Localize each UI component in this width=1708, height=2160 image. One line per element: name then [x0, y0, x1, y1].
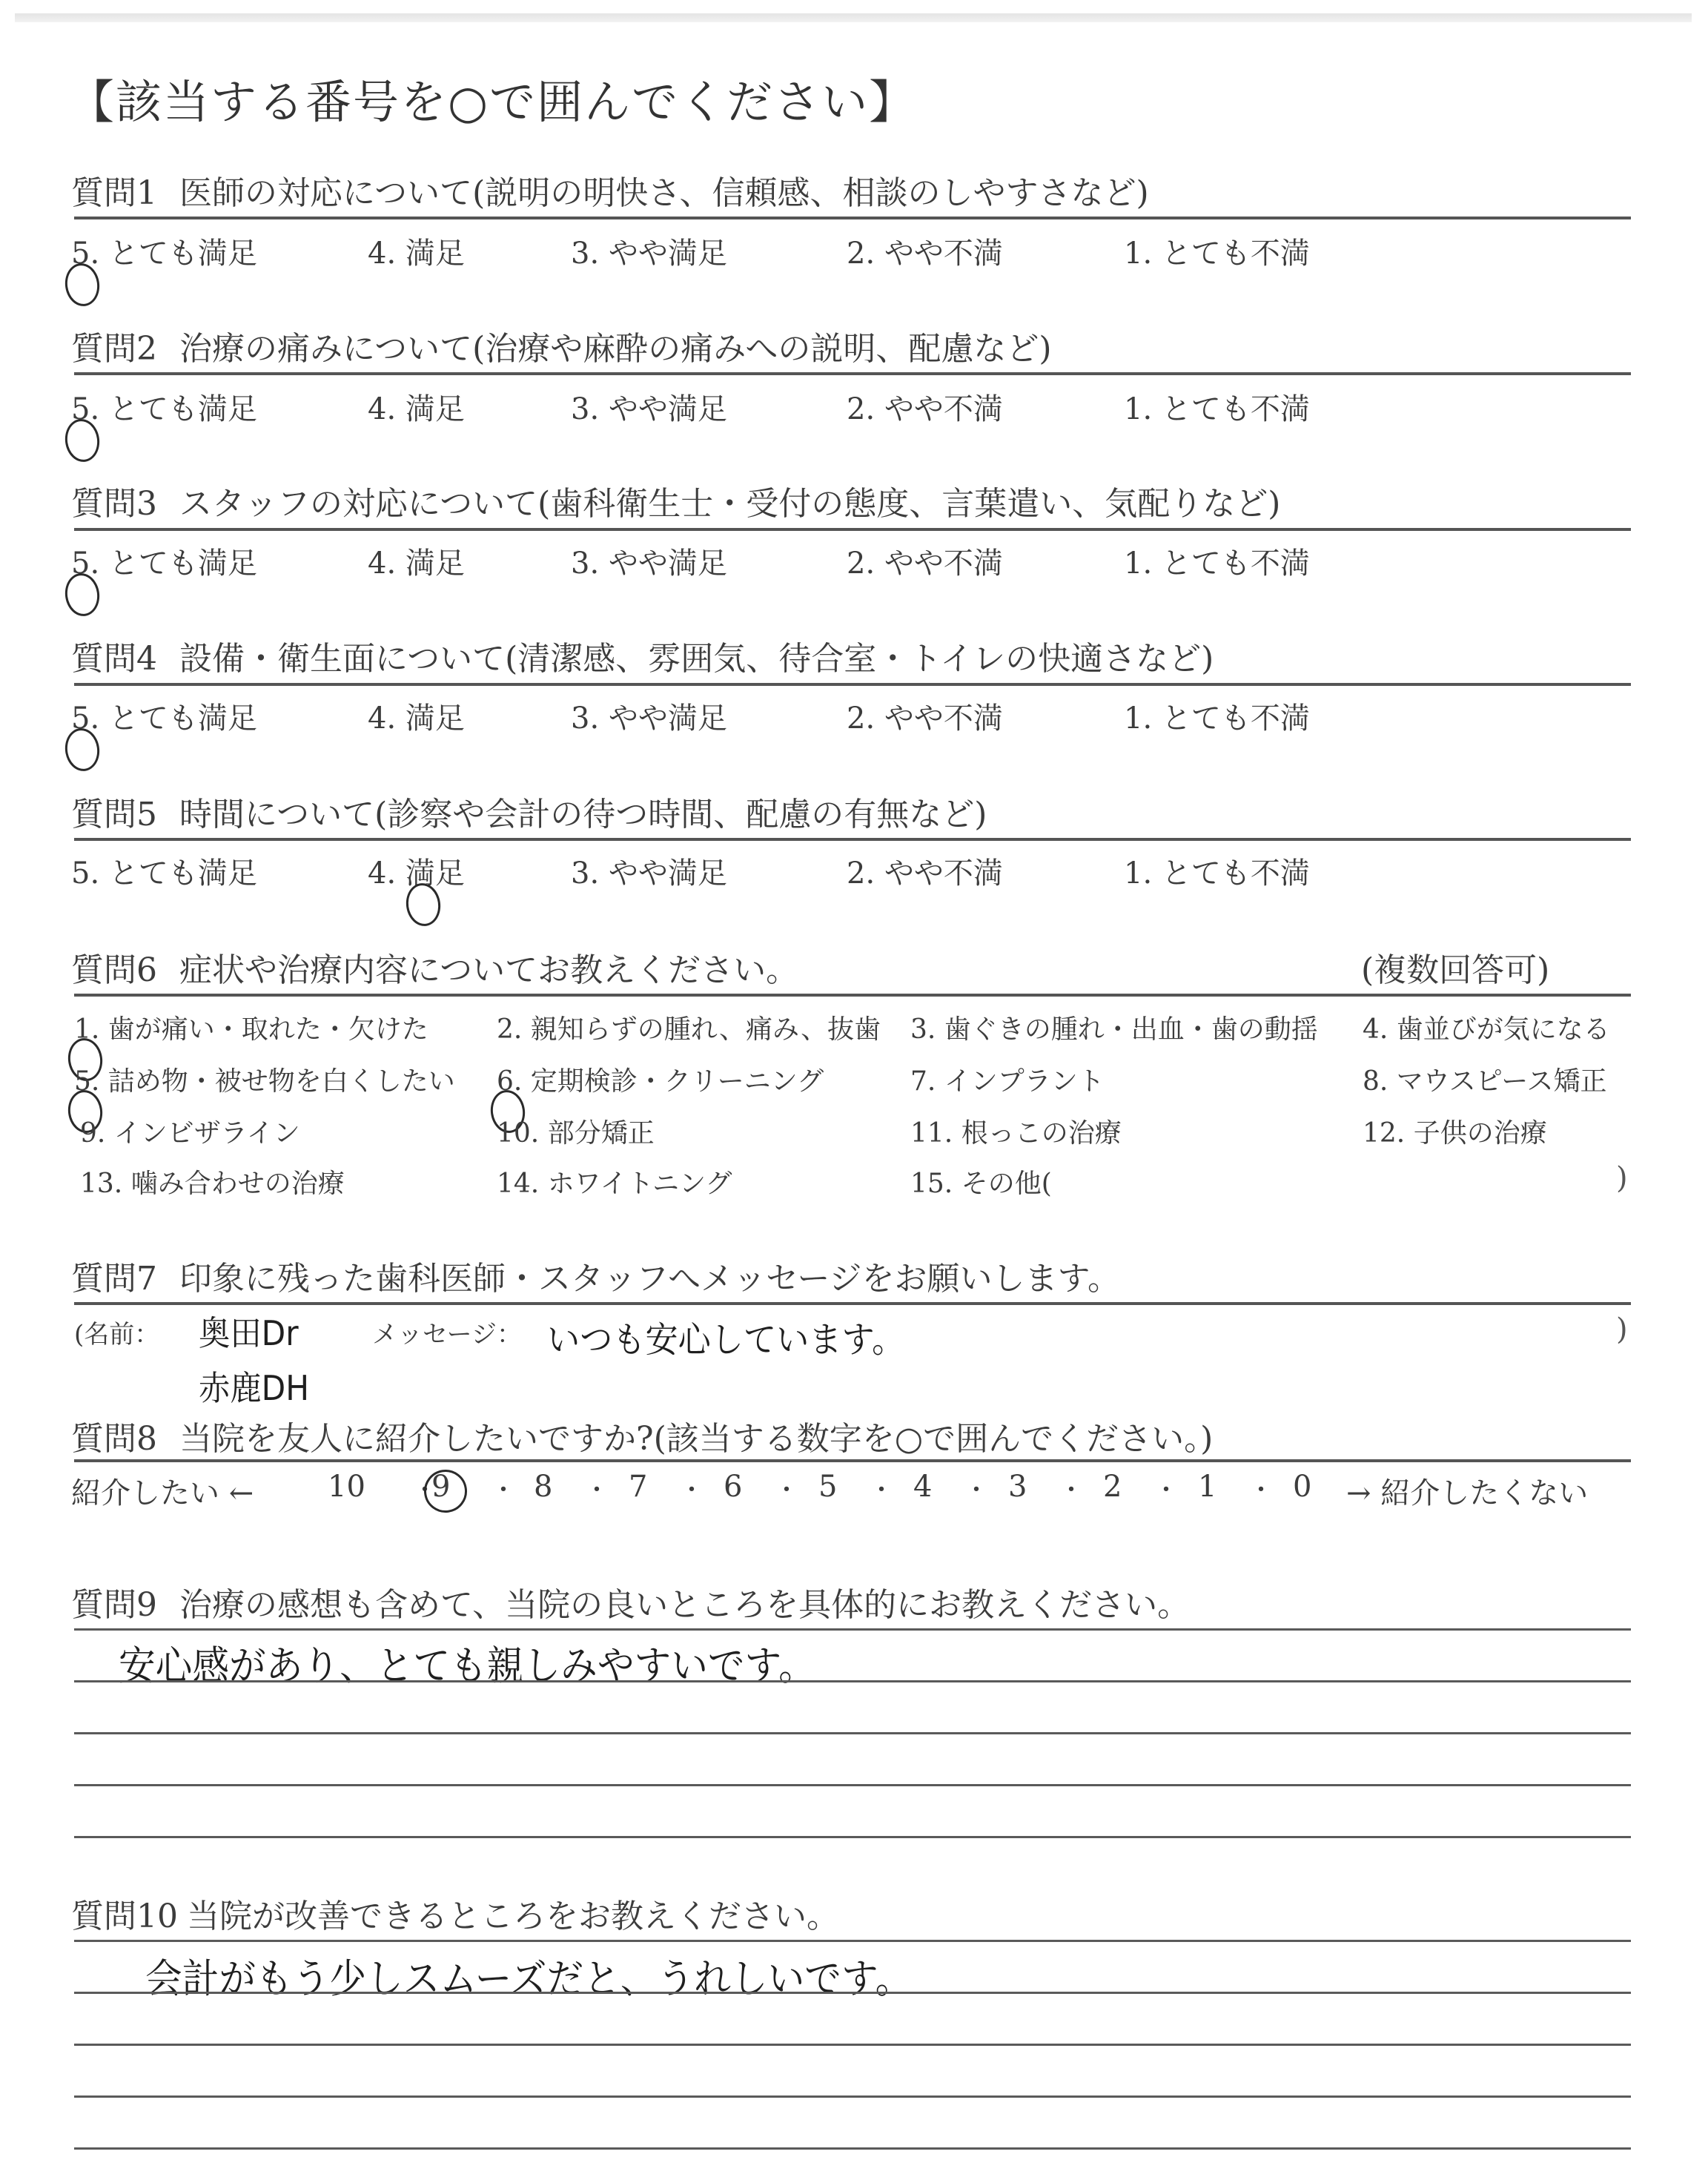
option-1-very-dissatisfied[interactable]: 1. とても不満 [1124, 230, 1310, 272]
improvement-answer[interactable]: 会計がもう少しスムーズだと、うれしいです。 [145, 1947, 912, 2004]
option-3-somewhat-satisfied[interactable]: 3. やや満足 [571, 850, 727, 892]
message-close-paren: ) [1616, 1312, 1628, 1347]
treatment-option-12[interactable]: 12. 子供の治療 [1363, 1112, 1547, 1150]
question-text: 当院を友人に紹介したいですか?(該当する数字を○で囲んでください。) [179, 1420, 1213, 1458]
treatment-option-13[interactable]: 13. 噛み合わせの治療 [80, 1163, 345, 1200]
writing-line [74, 1732, 1631, 1734]
other-close-paren: ) [1616, 1161, 1628, 1195]
divider [74, 838, 1631, 841]
treatment-option-4[interactable]: 4. 歯並びが気になる [1363, 1008, 1610, 1046]
scale-value-5[interactable]: 5 [818, 1470, 837, 1504]
scale-value-7[interactable]: 7 [629, 1470, 647, 1504]
question-text: スタッフの対応について(歯科衛生士・受付の態度、言葉遣い、気配りなど) [179, 485, 1280, 523]
question-10-title: 質問10当院が改善できるところをお教えください。 [71, 1889, 839, 1937]
treatment-option-7[interactable]: 7. インプラント [910, 1060, 1105, 1098]
scale-separator: ・ [1059, 1470, 1084, 1506]
option-1-very-dissatisfied[interactable]: 1. とても不満 [1124, 850, 1310, 892]
treatment-option-1[interactable]: 1. 歯が痛い・取れた・欠けた [74, 1008, 428, 1046]
question-text: 症状や治療内容についてお教えください。 [179, 951, 798, 989]
question-text: 医師の対応について(説明の明快さ、信頼感、相談のしやすさなど) [179, 174, 1149, 212]
question-text: 治療の感想も含めて、当院の良いところを具体的にお教えください。 [179, 1586, 1190, 1624]
option-4-satisfied[interactable]: 4. 満足 [368, 386, 465, 428]
divider [74, 1302, 1631, 1305]
scale-left-label: 紹介したい ← [71, 1470, 254, 1512]
question-number: 質問8 [71, 1420, 157, 1458]
name-label: (名前： [74, 1314, 159, 1350]
option-2-somewhat-dissatisfied[interactable]: 2. やや不満 [847, 695, 1003, 737]
scale-separator: ・ [1153, 1470, 1179, 1506]
question-5-title: 質問5時間について(診察や会計の待つ時間、配慮の有無など) [71, 787, 987, 835]
scale-value-8[interactable]: 8 [534, 1470, 552, 1504]
question-number: 質問7 [71, 1260, 157, 1298]
question-3-title: 質問3スタッフの対応について(歯科衛生士・受付の態度、言葉遣い、気配りなど) [71, 477, 1280, 524]
option-5-very-satisfied[interactable]: 5. とても満足 [71, 850, 257, 892]
question-2-title: 質問2治療の痛みについて(治療や麻酔の痛みへの説明、配慮など) [71, 322, 1052, 369]
writing-line [74, 2044, 1631, 2046]
scale-separator: ・ [1248, 1470, 1274, 1506]
scale-separator: ・ [964, 1470, 989, 1506]
scale-separator: ・ [774, 1470, 799, 1506]
option-3-somewhat-satisfied[interactable]: 3. やや満足 [571, 386, 727, 428]
scale-separator: ・ [869, 1470, 894, 1506]
name-field-line1[interactable]: 奥田Dr [199, 1307, 299, 1355]
scale-value-0[interactable]: 0 [1293, 1470, 1311, 1504]
question-number: 質問3 [71, 485, 157, 523]
question-text: 治療の痛みについて(治療や麻酔の痛みへの説明、配慮など) [179, 330, 1052, 368]
treatment-option-14[interactable]: 14. ホワイトニング [497, 1163, 732, 1200]
question-number: 質問1 [71, 174, 157, 212]
question-text: 当院が改善できるところをお教えください。 [187, 1898, 839, 1935]
option-2-somewhat-dissatisfied[interactable]: 2. やや不満 [847, 540, 1003, 582]
option-5-very-satisfied[interactable]: 5. とても満足 [71, 540, 257, 582]
message-field[interactable]: いつも安心しています。 [547, 1311, 904, 1362]
writing-line [74, 2095, 1631, 2098]
option-4-satisfied[interactable]: 4. 満足 [368, 540, 465, 582]
writing-line [74, 1628, 1631, 1631]
scale-separator: ・ [584, 1470, 609, 1506]
question-7-title: 質問7印象に残った歯科医師・スタッフへメッセージをお願いします。 [71, 1252, 1120, 1299]
writing-line [74, 1680, 1631, 1682]
name-field-line2[interactable]: 赤鹿DH [199, 1361, 309, 1410]
treatment-option-2[interactable]: 2. 親知らずの腫れ、痛み、抜歯 [497, 1008, 881, 1046]
question-1-title: 質問1医師の対応について(説明の明快さ、信頼感、相談のしやすさなど) [71, 166, 1149, 214]
question-number: 質問6 [71, 951, 157, 989]
question-6-title: 質問6症状や治療内容についてお教えください。 [71, 943, 798, 991]
question-4-title: 質問4設備・衛生面について(清潔感、雰囲気、待合室・トイレの快適さなど) [71, 632, 1214, 679]
option-1-very-dissatisfied[interactable]: 1. とても不満 [1124, 386, 1310, 428]
divider [74, 994, 1631, 997]
divider [74, 372, 1631, 375]
question-9-title: 質問9治療の感想も含めて、当院の良いところを具体的にお教えください。 [71, 1578, 1190, 1625]
scale-value-1[interactable]: 1 [1198, 1470, 1217, 1504]
option-2-somewhat-dissatisfied[interactable]: 2. やや不満 [847, 386, 1003, 428]
message-label: メッセージ： [372, 1314, 522, 1350]
writing-line [74, 2147, 1631, 2150]
question-text: 設備・衛生面について(清潔感、雰囲気、待合室・トイレの快適さなど) [179, 640, 1214, 678]
option-4-satisfied[interactable]: 4. 満足 [368, 695, 465, 737]
question-text: 時間について(診察や会計の待つ時間、配慮の有無など) [179, 796, 987, 833]
treatment-option-10[interactable]: 10. 部分矯正 [497, 1112, 655, 1150]
option-2-somewhat-dissatisfied[interactable]: 2. やや不満 [847, 230, 1003, 272]
treatment-option-5[interactable]: 5. 詰め物・被せ物を白くしたい [74, 1060, 455, 1098]
treatment-option-9[interactable]: 9. インビザライン [80, 1112, 300, 1150]
divider [74, 528, 1631, 531]
scale-value-3[interactable]: 3 [1008, 1470, 1027, 1504]
treatment-option-6[interactable]: 6. 定期検診・クリーニング [497, 1060, 824, 1098]
option-1-very-dissatisfied[interactable]: 1. とても不満 [1124, 540, 1310, 582]
scale-value-6[interactable]: 6 [724, 1470, 742, 1504]
question-number: 質問10 [71, 1898, 178, 1935]
form-heading: 【該当する番号を○で囲んでください】 [68, 65, 916, 131]
treatment-option-15-other[interactable]: 15. その他( [910, 1163, 1052, 1200]
scale-value-10[interactable]: 10 [328, 1470, 365, 1504]
question-text: 印象に残った歯科医師・スタッフへメッセージをお願いします。 [179, 1260, 1120, 1298]
scale-separator: ・ [491, 1470, 516, 1506]
option-5-very-satisfied[interactable]: 5. とても満足 [71, 695, 257, 737]
writing-line [74, 1836, 1631, 1838]
option-5-very-satisfied[interactable]: 5. とても満足 [71, 386, 257, 428]
option-3-somewhat-satisfied[interactable]: 3. やや満足 [571, 540, 727, 582]
scale-separator: ・ [679, 1470, 704, 1506]
scan-edge-strip [15, 13, 1692, 22]
treatment-option-8[interactable]: 8. マウスピース矯正 [1363, 1060, 1606, 1098]
option-3-somewhat-satisfied[interactable]: 3. やや満足 [571, 230, 727, 272]
option-4-satisfied[interactable]: 4. 満足 [368, 230, 465, 272]
divider [74, 1459, 1631, 1462]
scale-right-label: → 紹介したくない [1346, 1470, 1588, 1512]
multiple-answers-note: (複数回答可) [1361, 943, 1549, 991]
option-1-very-dissatisfied[interactable]: 1. とても不満 [1124, 695, 1310, 737]
good-points-answer[interactable]: 安心感があり、とても親しみやすいです。 [119, 1634, 815, 1691]
question-number: 質問9 [71, 1586, 157, 1624]
question-8-title: 質問8当院を友人に紹介したいですか?(該当する数字を○で囲んでください。) [71, 1412, 1213, 1459]
writing-line [74, 1940, 1631, 1942]
option-2-somewhat-dissatisfied[interactable]: 2. やや不満 [847, 850, 1003, 892]
divider [74, 217, 1631, 219]
scale-value-2[interactable]: 2 [1103, 1470, 1122, 1504]
writing-line [74, 1784, 1631, 1786]
writing-line [74, 1992, 1631, 1994]
question-number: 質問5 [71, 796, 157, 833]
treatment-option-3[interactable]: 3. 歯ぐきの腫れ・出血・歯の動揺 [910, 1008, 1318, 1046]
option-3-somewhat-satisfied[interactable]: 3. やや満足 [571, 695, 727, 737]
option-4-satisfied[interactable]: 4. 満足 [368, 850, 465, 892]
scale-value-4[interactable]: 4 [913, 1470, 932, 1504]
question-number: 質問4 [71, 640, 157, 678]
divider [74, 683, 1631, 686]
treatment-option-11[interactable]: 11. 根っこの治療 [910, 1112, 1122, 1150]
question-number: 質問2 [71, 330, 157, 368]
option-5-very-satisfied[interactable]: 5. とても満足 [71, 230, 257, 272]
scale-value-9-selected[interactable]: 9 [431, 1470, 450, 1504]
